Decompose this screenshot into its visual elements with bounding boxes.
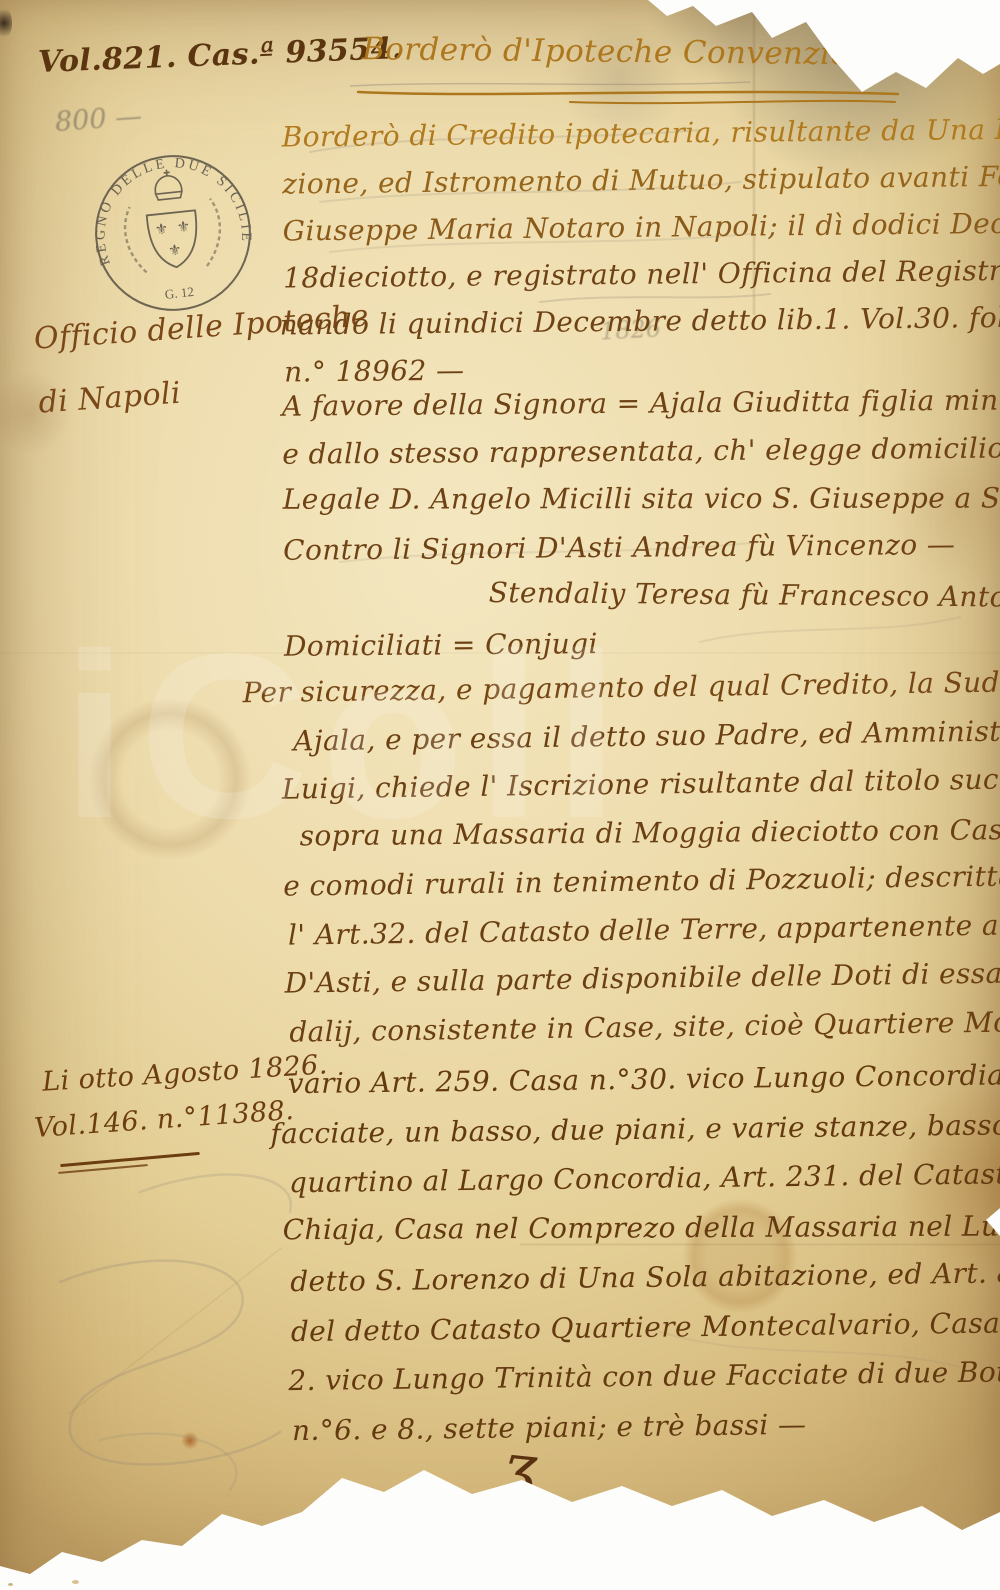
manuscript-line: facciate, un basso, due piani, e varie s… xyxy=(270,1106,1000,1166)
manuscript-line: vario Art. 259. Casa n.°30. vico Lungo C… xyxy=(288,1057,1000,1117)
manuscript-line: A favore della Signora = Ajala Giuditta … xyxy=(282,382,1000,438)
catchword-flourish: ʒ xyxy=(498,1428,541,1504)
paragraph-inscription: Per sicurezza, e pagamento del qual Cred… xyxy=(280,664,1000,1063)
paragraph-parties: A favore della Signora = Ajala Giuditta … xyxy=(282,382,1000,678)
fleur-de-lis-icon: ⚜ xyxy=(176,218,191,236)
title-underline-flourish xyxy=(350,78,910,108)
paragraph-registration: Borderò di Credito ipotecaria, risultant… xyxy=(282,111,1000,402)
paper-speck xyxy=(72,1580,79,1584)
volume-case-reference: Vol.821. Cas.ª 93554. xyxy=(37,31,403,80)
manuscript-line: e dallo stesso rappresentata, ch' elegge… xyxy=(282,430,1000,486)
bleedthrough-amount: 800 — xyxy=(54,101,143,138)
manuscript-line: Borderò di Credito ipotecaria, risultant… xyxy=(282,111,1000,167)
manuscript-line: Contro li Signori D'Asti Andrea fù Vince… xyxy=(283,526,1000,582)
manuscript-line: 2. vico Lungo Trinità con due Facciate d… xyxy=(288,1354,1000,1414)
manuscript-line: Chiaja, Casa nel Comprezo della Massaria… xyxy=(283,1208,1000,1262)
fleur-de-lis-icon: ⚜ xyxy=(154,221,169,239)
manuscript-line: nando li quindici Decembre detto lib.1. … xyxy=(280,299,1000,355)
laurel-branches xyxy=(123,198,224,274)
manuscript-line: Legale D. Angelo Micilli sita vico S. Gi… xyxy=(283,481,1000,531)
fold-crease-diagonal xyxy=(68,1247,282,1415)
manuscript-page: 800 — 1826 Vol.821. Cas.ª 93554. Borderò… xyxy=(0,0,1000,1590)
document-title: Borderò d'Ipoteche Convenzionali xyxy=(362,31,910,73)
manuscript-line: del detto Catasto Quartiere Montecalvari… xyxy=(291,1304,1000,1364)
manuscript-line: zione, ed Istromento di Mutuo, stipulato… xyxy=(282,158,1000,214)
manuscript-line: 18dieciotto, e registrato nell' Officina… xyxy=(283,252,1000,308)
crown-icon xyxy=(153,168,182,200)
manuscript-line: quartino al Largo Concordia, Art. 231. d… xyxy=(289,1156,1000,1216)
manuscript-line: detto S. Lorenzo di Una Sola abitazione,… xyxy=(290,1255,1000,1315)
manuscript-line: sopra una Massaria di Moggia dieciotto c… xyxy=(299,812,1000,867)
margin-volume-note: Vol.146. n.°11388. xyxy=(33,1095,295,1144)
manuscript-line: Giuseppe Maria Notaro in Napoli; il dì d… xyxy=(283,205,1000,261)
scan-background: 800 — 1826 Vol.821. Cas.ª 93554. Borderò… xyxy=(0,0,1000,1590)
manuscript-line: Luigi, chiede l' Iscrizione risultante d… xyxy=(282,761,1000,821)
manuscript-line: n.°6. e 8., sette piani; e trè bassi — xyxy=(292,1403,1000,1463)
manuscript-line: dalij, consistente in Case, site, cioè Q… xyxy=(289,1004,1000,1064)
paper-speck xyxy=(8,1583,13,1586)
manuscript-line: Stendaliy Teresa fù Francesco Antonia xyxy=(283,574,1000,630)
torn-corner-mark xyxy=(0,6,12,40)
margin-date-note: Li otto Agosto 1826. xyxy=(41,1049,328,1097)
fleur-de-lis-icon: ⚜ xyxy=(167,241,182,259)
paragraph-properties: vario Art. 259. Casa n.°30. vico Lungo C… xyxy=(288,1057,1000,1463)
shield-icon: ⚜ ⚜ ⚜ xyxy=(147,210,201,269)
